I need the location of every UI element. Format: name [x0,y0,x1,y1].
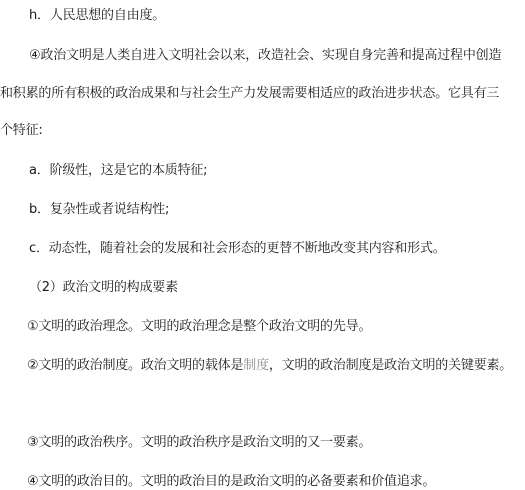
element-item-2-text-before: ②文明的政治制度。政治文明的载体是 [27,358,243,373]
highlighted-term-system: 制度 [243,358,269,373]
feature-item-c: c．动态性，随着社会的发展和社会形态的更替不断地改变其内容和形式。 [29,240,446,258]
feature-item-a: a．阶级性，这是它的本质特征; [29,162,207,180]
list-item-h: h．人民思想的自由度。 [29,7,165,25]
element-item-3: ③文明的政治秩序。文明的政治秩序是政治文明的又一要素。 [27,434,371,452]
section-heading-2: （2）政治文明的构成要素 [29,279,178,297]
paragraph-political-civilization-line-2: 和积累的所有积极的政治成果和与社会生产力发展需要相适应的政治进步状态。它具有三 [0,85,499,103]
element-item-2-text-after: ，文明的政治制度是政治文明的关键要素。 [269,358,512,373]
paragraph-political-civilization-line-1: ④政治文明是人类自进入文明社会以来，改造社会、实现自身完善和提高过程中创造 [29,47,501,65]
document-body: h．人民思想的自由度。 ④政治文明是人类自进入文明社会以来，改造社会、实现自身完… [0,0,525,490]
element-item-2: ②文明的政治制度。政治文明的载体是制度，文明的政治制度是政治文明的关键要素。 [27,357,512,375]
element-item-4: ④文明的政治目的。文明的政治目的是政治文明的必备要素和价值追求。 [27,473,435,490]
element-item-1: ①文明的政治理念。文明的政治理念是整个政治文明的先导。 [27,318,371,336]
feature-item-b: b．复杂性或者说结构性; [29,201,169,219]
paragraph-political-civilization-line-3: 个特征: [0,122,43,140]
